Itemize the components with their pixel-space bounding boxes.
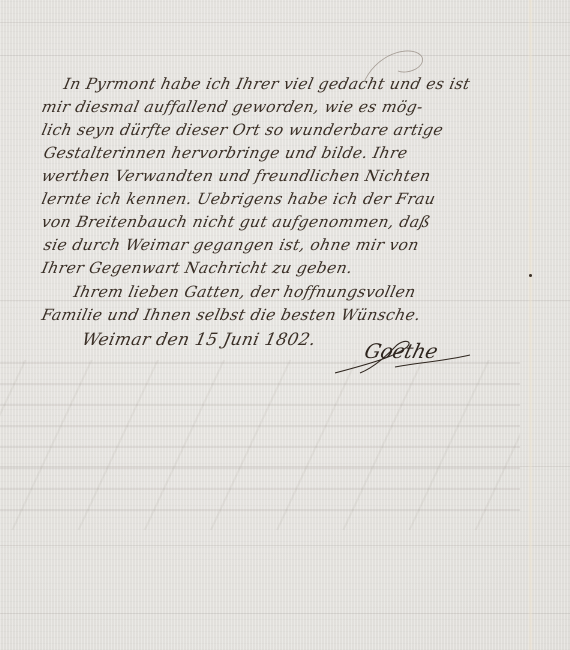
letter-line: In Pyrmont habe ich Ihrer viel gedacht u… — [62, 75, 472, 93]
letter-line: sie durch Weimar gegangen ist, ohne mir … — [42, 236, 421, 254]
letter-line: lernte ich kennen. Uebrigens habe ich de… — [40, 190, 437, 208]
letter-page: In Pyrmont habe ich Ihrer viel gedacht u… — [0, 0, 570, 650]
letter-line: lich seyn dürfte dieser Ort so wunderbar… — [40, 121, 445, 139]
letter-line: Ihrer Gegenwart Nachricht zu geben. — [40, 259, 354, 277]
letter-line: mir diesmal auffallend geworden, wie es … — [40, 98, 425, 116]
letter-body: In Pyrmont habe ich Ihrer viel gedacht u… — [0, 0, 570, 650]
ink-speck — [529, 274, 532, 277]
letter-dateline: Weimar den 15 Juni 1802. — [80, 330, 318, 350]
signature: Goethe — [335, 337, 475, 377]
letter-line: Ihrem lieben Gatten, der hoffnungsvollen — [72, 283, 418, 301]
letter-line: von Breitenbauch nicht gut aufgenommen, … — [40, 213, 432, 231]
letter-line: Gestalterinnen hervorbringe und bilde. I… — [42, 144, 409, 162]
signature-text: Goethe — [362, 339, 441, 363]
letter-line: werthen Verwandten und freundlichen Nich… — [40, 167, 432, 185]
letter-line: Familie und Ihnen selbst die besten Wüns… — [40, 306, 422, 324]
